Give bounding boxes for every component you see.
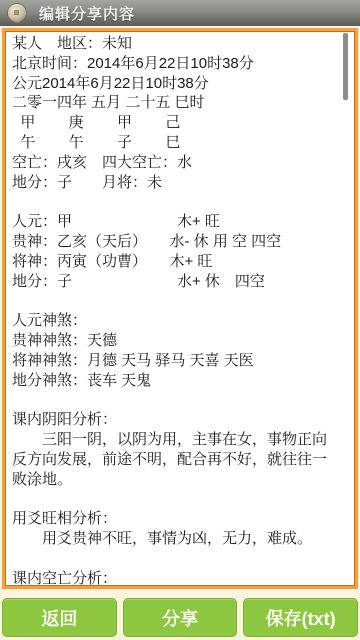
text-line: 贵神神煞：天德 [12,331,348,351]
text-line: 某人 地区：未知 [12,34,348,54]
text-line: 地分神煞：丧车 天鬼 [12,371,348,391]
text-line: 三阳一阴，以阴为用，主事在女，事物正向 [12,430,348,450]
text-line: 空亡：戌亥 四大空亡：水 [12,153,348,173]
text-line: 北京时间：2014年6月22日10时38分 [12,54,348,74]
screen: { "header": { "title": "编辑分享内容", "icon":… [0,0,360,640]
text-line [12,549,348,569]
title-bar: 编辑分享内容 [0,0,360,26]
text-line [12,291,348,311]
scrollbar-thumb[interactable] [343,33,348,100]
text-line [12,192,348,212]
text-line: 反方向发展，前途不明，配合再不好，就往往一 [12,450,348,470]
text-line: 地分：子 月将：未 [12,173,348,193]
text-line: 将神神煞：月德 天马 驿马 天喜 天医 [12,351,348,371]
text-line: 败涂地。 [12,470,348,490]
text-line: 将神：丙寅（功曹） 木+ 旺 [12,252,348,272]
text-line: 地分：子 水+ 休 四空 [12,272,348,292]
text-line: 午 午 子 巳 [12,133,348,153]
text-line: 二零一四年 五月 二十五 巳时 [12,93,348,113]
coin-hole [14,10,19,15]
text-line: 甲 庚 甲 己 [12,113,348,133]
back-button[interactable]: 返回 [2,598,117,637]
text-line [12,390,348,410]
text-line: 用爻旺相分析： [12,509,348,529]
text-line [12,489,348,509]
coin-icon [7,3,27,23]
text-line: 用爻贵神不旺，事情为凶，无力，难成。 [12,529,348,549]
page-title: 编辑分享内容 [39,3,135,24]
text-line: 贵神：乙亥（天后） 水- 休 用 空 四空 [12,232,348,252]
button-bar: 返回 分享 保存(txt) [2,598,358,637]
text-line: 公元2014年6月22日10时38分 [12,74,348,94]
share-button[interactable]: 分享 [123,598,238,637]
text-line: 人元：甲 木+ 旺 [12,212,348,232]
text-line: 课内阴阳分析： [12,410,348,430]
text-line: 课内空亡分析： [12,569,348,586]
text-line: 人元神煞： [12,311,348,331]
save-txt-button[interactable]: 保存(txt) [243,598,358,637]
share-content-editor[interactable]: 某人 地区：未知 北京时间：2014年6月22日10时38分 公元2014年6月… [5,31,355,586]
